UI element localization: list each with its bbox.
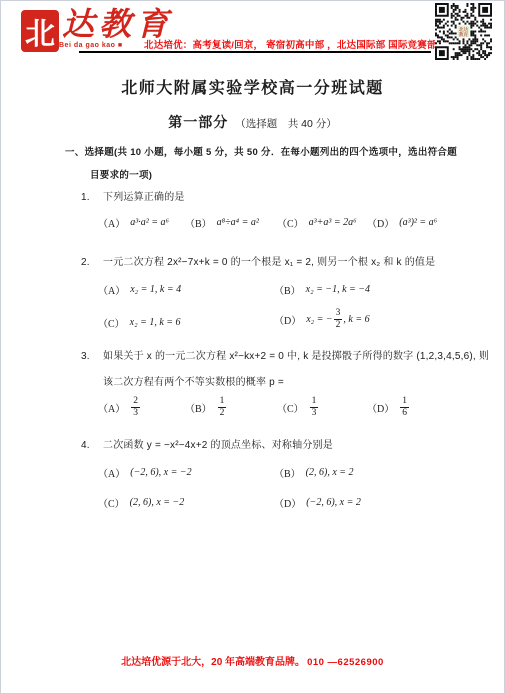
question-4-stem: 4.二次函数 y = −x²−4x+2 的顶点坐标、对称轴分别是 bbox=[81, 436, 333, 451]
q1-option-c: （C）a³+a³ = 2a⁶ bbox=[277, 215, 357, 230]
q4-option-a: （A）(−2, 6), x = −2 bbox=[98, 465, 192, 480]
instructions-line1: 一、选择题(共 10 小题，每小题 5 分，共 50 分．在每小题列出的四个选项… bbox=[65, 144, 457, 158]
question-number: 4. bbox=[81, 440, 103, 451]
fraction: 23 bbox=[131, 396, 140, 418]
question-3-stem-line1: 3.如果关于 x 的一元二次方程 x²−kx+2 = 0 中, k 是投掷骰子所… bbox=[81, 347, 489, 362]
fraction: 16 bbox=[400, 396, 409, 418]
q2-option-c: （C）x₂ = 1, k = 6 bbox=[98, 315, 181, 330]
page-title: 北师大附属实验学校高一分班试题 bbox=[1, 75, 504, 98]
section-name: 第一部分 bbox=[168, 114, 228, 130]
q3-option-a: （A）23 bbox=[98, 394, 141, 420]
fraction: 12 bbox=[218, 396, 227, 418]
q2-option-b: （B）x₂ = −1, k = −4 bbox=[274, 282, 370, 297]
question-number: 3. bbox=[81, 351, 103, 362]
footer-phone: 010 —62526900 bbox=[307, 657, 384, 668]
instructions-line2: 目要求的一项) bbox=[90, 167, 152, 181]
brand-logo-subtitle: Bei da gao kao ■ bbox=[59, 42, 123, 49]
fraction: 32 bbox=[334, 308, 343, 330]
stamp-character: 北 bbox=[25, 9, 55, 53]
qr-code: 北达 教育 bbox=[435, 3, 492, 60]
question-3-stem-line2: 该二次方程有两个不等实数根的概率 p = bbox=[103, 373, 284, 388]
footer-brand-text: 北达培优源于北大，20 年高端教育品牌。 bbox=[121, 657, 305, 668]
fraction: 13 bbox=[310, 396, 319, 418]
exam-page: 北 达教育 Bei da gao kao ■ 北达培优：高考复读/回京， 寄宿初… bbox=[0, 0, 505, 694]
q3-option-b: （B）12 bbox=[185, 394, 227, 420]
q1-option-d: （D）(a³)² = a⁶ bbox=[367, 215, 437, 230]
section-detail: （选择题 共 40 分） bbox=[235, 118, 337, 130]
header-slogan: 北达培优：高考复读/回京， 寄宿初高中部 ，北达国际部 国际竞赛部 bbox=[144, 37, 437, 51]
svg-text:教育: 教育 bbox=[459, 31, 469, 38]
question-number: 1. bbox=[81, 192, 103, 203]
question-1-stem: 1.下列运算正确的是 bbox=[81, 188, 185, 203]
q4-option-b: （B）(2, 6), x = 2 bbox=[274, 465, 354, 480]
q2-option-d: （D）x₂ = −32, k = 6 bbox=[274, 306, 370, 332]
header-divider bbox=[79, 51, 431, 53]
q3-option-d: （D）16 bbox=[367, 394, 410, 420]
q1-option-a: （A）a³·a² = a⁶ bbox=[98, 215, 169, 230]
q1-option-b: （B）a⁸÷a⁴ = a² bbox=[185, 215, 259, 230]
q2-option-a: （A）x₂ = 1, k = 4 bbox=[98, 282, 181, 297]
q4-option-d: （D）(−2, 6), x = 2 bbox=[274, 495, 361, 510]
section-heading: 第一部分（选择题 共 40 分） bbox=[1, 112, 504, 132]
footer: 北达培优源于北大，20 年高端教育品牌。010 —62526900 bbox=[1, 652, 504, 670]
q3-option-c: （C）13 bbox=[277, 394, 319, 420]
question-2-stem: 2.一元二次方程 2x²−7x+k = 0 的一个根是 x₁ = 2, 则另一个… bbox=[81, 253, 435, 268]
q4-option-c: （C）(2, 6), x = −2 bbox=[98, 495, 184, 510]
brand-stamp-logo: 北 bbox=[21, 10, 59, 52]
question-number: 2. bbox=[81, 257, 103, 268]
